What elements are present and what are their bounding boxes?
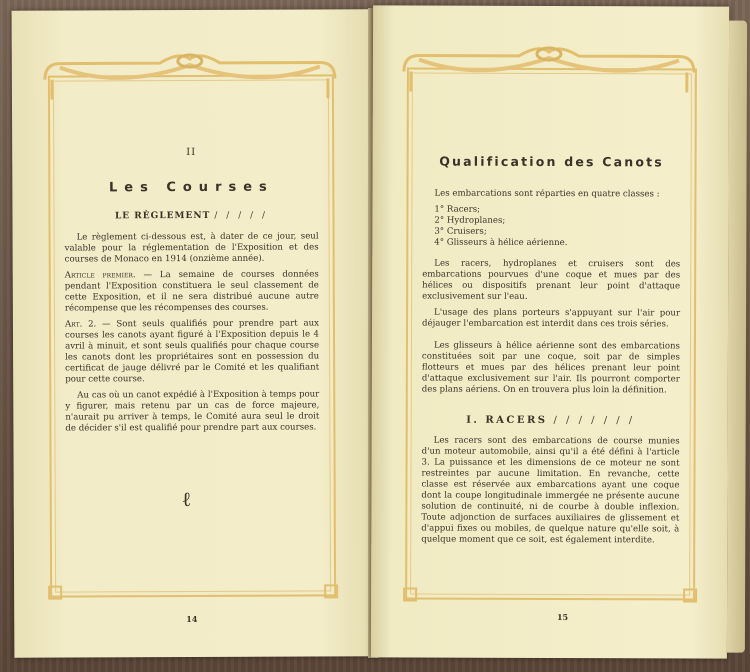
corner-ornament-icon <box>324 584 338 598</box>
page-number-left: 14 <box>186 614 197 624</box>
corner-ornament-icon <box>48 586 62 600</box>
right-page: Qualification des Canots Les embarcation… <box>371 5 729 658</box>
classes-intro: Les embarcations sont réparties en quatr… <box>422 189 680 201</box>
right-page-content: Qualification des Canots Les embarcation… <box>421 156 680 552</box>
class-item: 2° Hydroplanes; <box>434 216 680 228</box>
corner-ornament-icon <box>683 588 697 602</box>
article-text: — Sont seuls qualifiés pour prendre part… <box>65 318 319 384</box>
page-title: Qualification des Canots <box>423 156 681 168</box>
ornamental-frame-left: II Les Courses LE RÈGLEMENT / / / / / Le… <box>48 74 336 597</box>
section-heading-racers: I. RACERS / / / / / / / <box>422 415 680 427</box>
ornamental-frame-right: Qualification des Canots Les embarcation… <box>405 67 697 600</box>
paragraph-glisseurs: Les glisseurs à hélice aérienne sont des… <box>422 341 680 397</box>
section-title: I. RACERS <box>466 415 547 426</box>
left-page: II Les Courses LE RÈGLEMENT / / / / / Le… <box>12 9 375 658</box>
page-stack-edge <box>727 21 747 653</box>
paragraph-air-planes: L'usage des plans porteurs s'appuyant su… <box>422 308 680 331</box>
paragraph-intro: Le règlement ci-dessous est, à dater de … <box>65 231 319 265</box>
class-item: 1° Racers; <box>434 205 680 217</box>
class-item: 4° Glisseurs à hélice aérienne. <box>434 238 680 250</box>
class-item: 3° Cruisers; <box>434 227 680 239</box>
article-label: Article premier. <box>65 270 136 280</box>
garland-ornament-icon <box>40 48 340 99</box>
decorative-dots-icon: / / / / / <box>214 211 268 221</box>
paragraph-article-2: Art. 2. — Sont seuls qualifiés pour pren… <box>65 318 319 385</box>
end-flourish-icon: ℓ <box>182 487 192 512</box>
section-title: LE RÈGLEMENT <box>115 211 210 221</box>
corner-ornament-icon <box>403 587 417 601</box>
decorative-dots-icon: / / / / / / / <box>554 415 636 426</box>
paragraph-racers: Les racers sont des embarcations de cour… <box>421 436 679 547</box>
left-page-content: II Les Courses LE RÈGLEMENT / / / / / Le… <box>64 146 319 439</box>
paragraph-water-classes: Les racers, hydroplanes et cruisers sont… <box>422 259 680 304</box>
paragraph-article-1: Article premier. — La semaine de courses… <box>65 269 319 314</box>
garland-ornament-icon <box>399 41 699 92</box>
article-label: Art. 2. <box>65 319 96 329</box>
class-list: 1° Racers; 2° Hydroplanes; 3° Cruisers; … <box>434 205 680 250</box>
paragraph-force-majeure: Au cas où un canot expédié à l'Expositio… <box>65 389 319 434</box>
page-number-right: 15 <box>557 612 568 622</box>
